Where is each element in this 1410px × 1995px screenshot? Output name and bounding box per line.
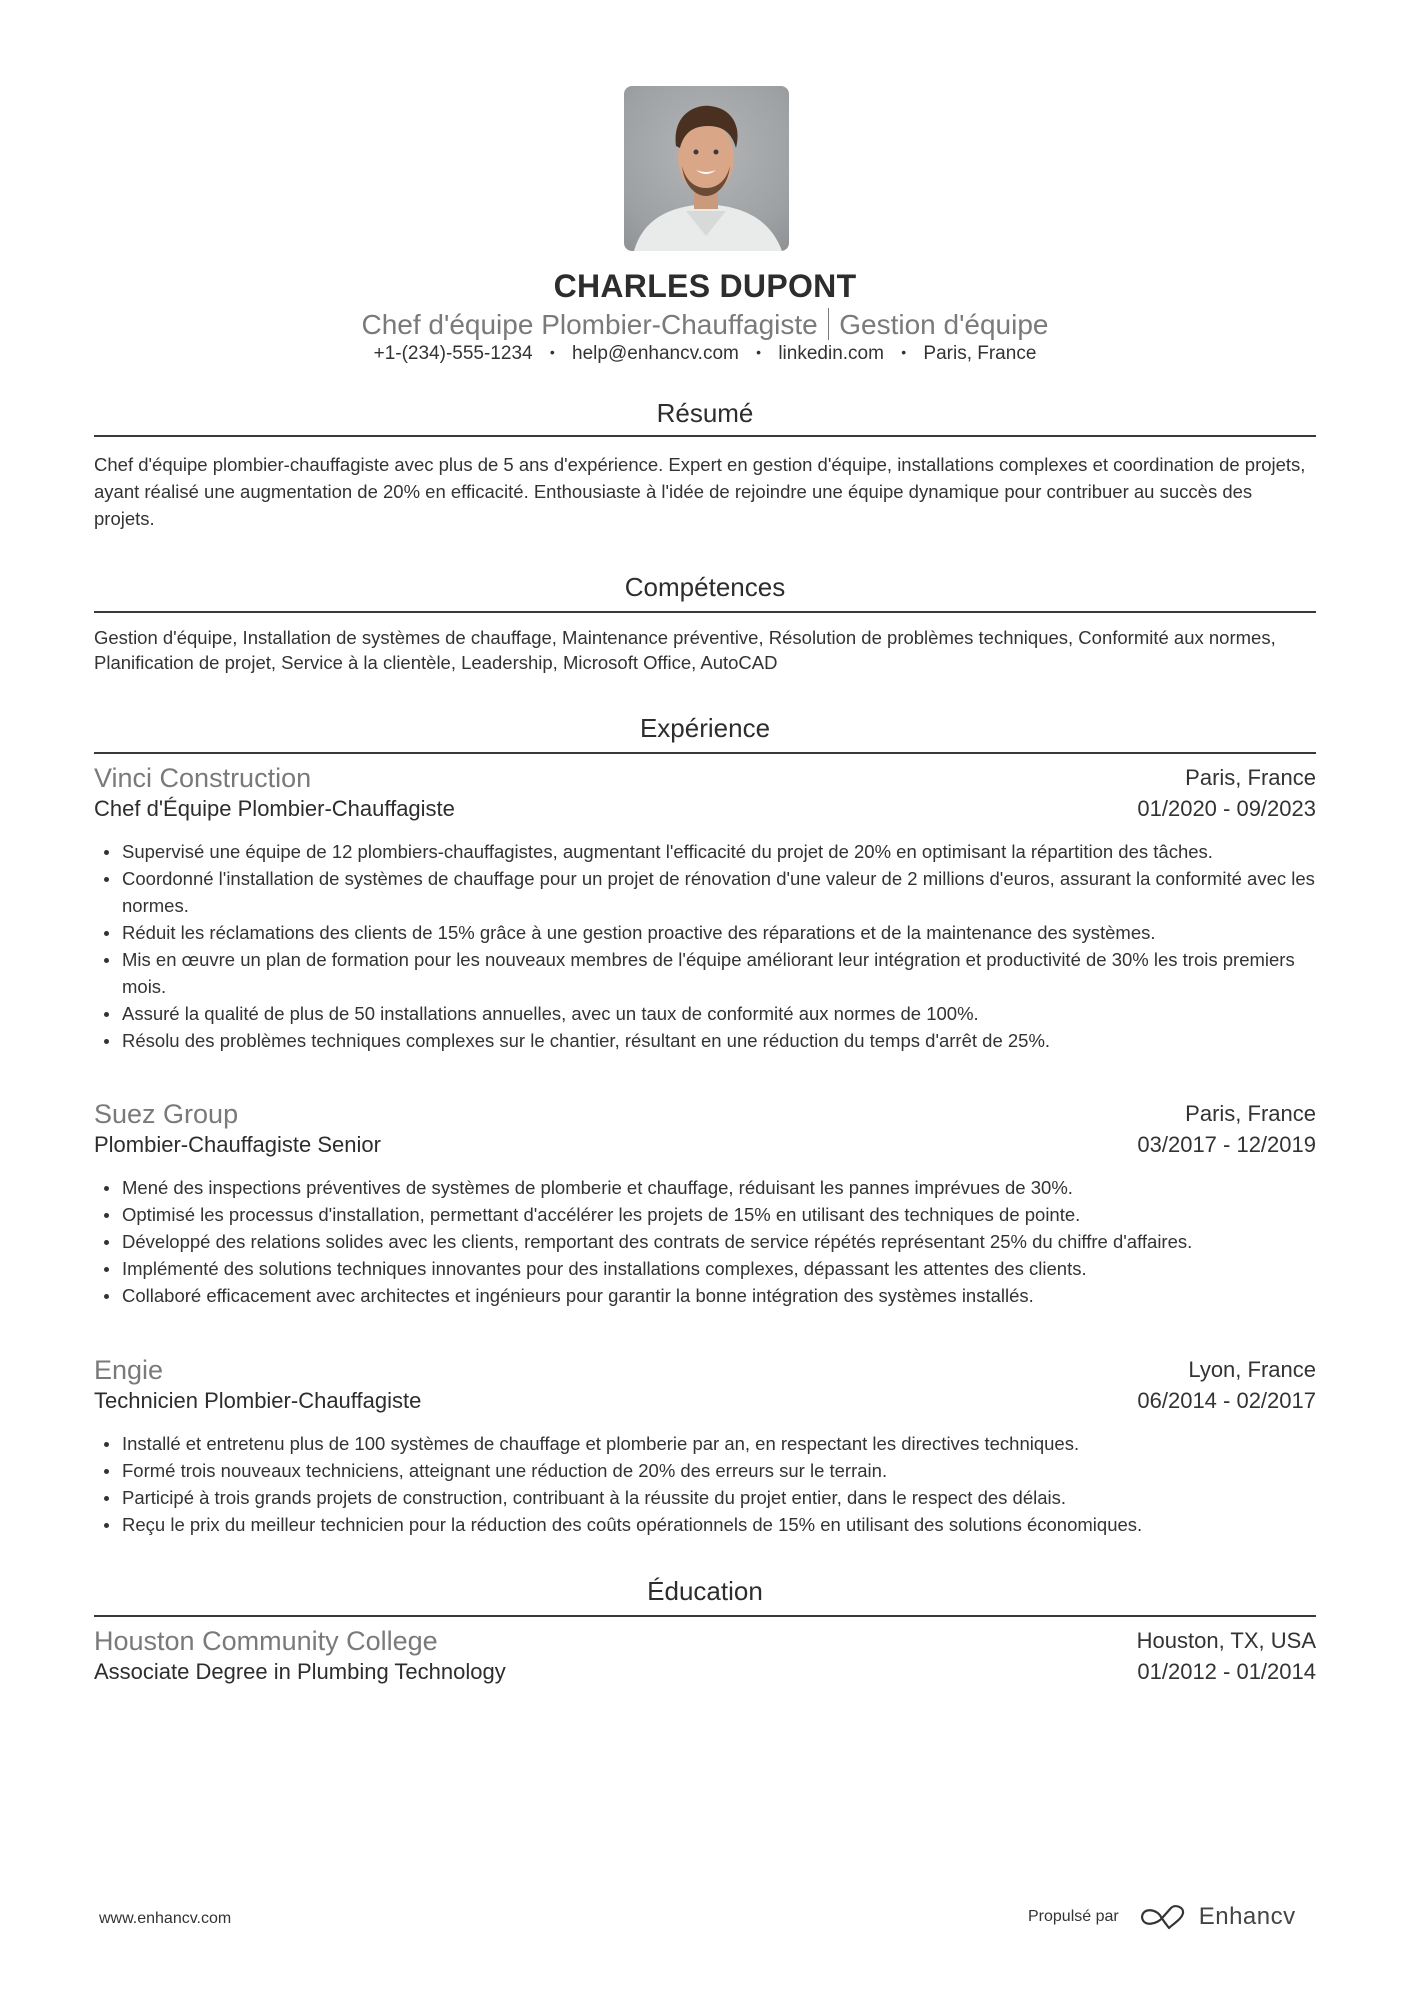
entry-header: Engie Lyon, France <box>94 1355 1316 1388</box>
education-dates: 01/2012 - 01/2014 <box>1137 1659 1316 1685</box>
enhancv-brand[interactable]: Enhancv <box>1199 1903 1296 1931</box>
powered-by-label: Propulsé par <box>1028 1908 1119 1926</box>
section-divider <box>94 752 1316 754</box>
achievement-item: Développé des relations solides avec les… <box>94 1228 1316 1255</box>
achievement-item: Reçu le prix du meilleur technicien pour… <box>94 1511 1316 1538</box>
experience-entry: Engie Lyon, France Technicien Plombier-C… <box>94 1355 1316 1538</box>
achievement-item: Résolu des problèmes techniques complexe… <box>94 1027 1316 1054</box>
achievement-item: Optimisé les processus d'installation, p… <box>94 1201 1316 1228</box>
entry-header: Vinci Construction Paris, France <box>94 763 1316 796</box>
section-title-summary: Résumé <box>94 398 1316 429</box>
education-entry: Houston Community College Houston, TX, U… <box>94 1626 1316 1695</box>
achievement-list: Installé et entretenu plus de 100 systèm… <box>94 1430 1316 1538</box>
achievement-list: Mené des inspections préventives de syst… <box>94 1174 1316 1309</box>
contact-bar: +1-(234)-555-1234 • help@enhancv.com • l… <box>0 343 1410 365</box>
job-location: Paris, France <box>1185 1101 1316 1127</box>
bullet-separator: • <box>756 344 761 360</box>
contact-linkedin[interactable]: linkedin.com <box>778 343 884 364</box>
portrait-illustration <box>624 86 789 251</box>
headline-divider <box>828 308 830 340</box>
job-dates: 03/2017 - 12/2019 <box>1137 1132 1316 1158</box>
experience-entry: Suez Group Paris, France Plombier-Chauff… <box>94 1099 1316 1309</box>
headline-focus: Gestion d'équipe <box>839 309 1048 340</box>
achievement-item: Implémenté des solutions techniques inno… <box>94 1255 1316 1282</box>
job-location: Paris, France <box>1185 765 1316 791</box>
resume-page: CHARLES DUPONT Chef d'équipe Plombier-Ch… <box>0 0 1410 1995</box>
achievement-item: Assuré la qualité de plus de 50 installa… <box>94 1000 1316 1027</box>
footer-website-link[interactable]: www.enhancv.com <box>99 1910 231 1928</box>
school-location: Houston, TX, USA <box>1137 1628 1316 1654</box>
achievement-item: Mis en œuvre un plan de formation pour l… <box>94 946 1316 1000</box>
section-title-experience: Expérience <box>94 713 1316 744</box>
company-name: Engie <box>94 1355 163 1386</box>
achievement-item: Réduit les réclamations des clients de 1… <box>94 919 1316 946</box>
headline-title: Chef d'équipe Plombier-Chauffagiste <box>362 309 818 340</box>
section-divider <box>94 435 1316 437</box>
entry-header: Suez Group Paris, France <box>94 1099 1316 1132</box>
entry-subheader: Associate Degree in Plumbing Technology … <box>94 1659 1316 1695</box>
entry-subheader: Chef d'Équipe Plombier-Chauffagiste 01/2… <box>94 796 1316 832</box>
company-name: Vinci Construction <box>94 763 311 794</box>
achievement-item: Coordonné l'installation de systèmes de … <box>94 865 1316 919</box>
achievement-list: Supervisé une équipe de 12 plombiers-cha… <box>94 838 1316 1054</box>
job-dates: 06/2014 - 02/2017 <box>1137 1388 1316 1414</box>
candidate-name: CHARLES DUPONT <box>0 268 1410 305</box>
experience-entry: Vinci Construction Paris, France Chef d'… <box>94 763 1316 1054</box>
achievement-item: Mené des inspections préventives de syst… <box>94 1174 1316 1201</box>
skills-text: Gestion d'équipe, Installation de systèm… <box>94 625 1316 675</box>
achievement-item: Supervisé une équipe de 12 plombiers-cha… <box>94 838 1316 865</box>
job-dates: 01/2020 - 09/2023 <box>1137 796 1316 822</box>
summary-text: Chef d'équipe plombier-chauffagiste avec… <box>94 451 1316 532</box>
enhancv-logo-icon[interactable] <box>1139 1904 1187 1930</box>
headline: Chef d'équipe Plombier-ChauffagisteGesti… <box>0 308 1410 341</box>
section-title-skills: Compétences <box>94 572 1316 603</box>
section-divider <box>94 1615 1316 1617</box>
achievement-item: Installé et entretenu plus de 100 systèm… <box>94 1430 1316 1457</box>
contact-email[interactable]: help@enhancv.com <box>572 343 739 364</box>
contact-phone[interactable]: +1-(234)-555-1234 <box>374 343 533 364</box>
entry-subheader: Technicien Plombier-Chauffagiste 06/2014… <box>94 1388 1316 1424</box>
section-divider <box>94 611 1316 613</box>
achievement-item: Participé à trois grands projets de cons… <box>94 1484 1316 1511</box>
job-title: Technicien Plombier-Chauffagiste <box>94 1388 421 1414</box>
bullet-separator: • <box>550 344 555 360</box>
degree-title: Associate Degree in Plumbing Technology <box>94 1659 506 1685</box>
powered-by: Propulsé par Enhancv <box>1028 1902 1296 1932</box>
achievement-item: Formé trois nouveaux techniciens, atteig… <box>94 1457 1316 1484</box>
entry-subheader: Plombier-Chauffagiste Senior 03/2017 - 1… <box>94 1132 1316 1168</box>
achievement-item: Collaboré efficacement avec architectes … <box>94 1282 1316 1309</box>
entry-header: Houston Community College Houston, TX, U… <box>94 1626 1316 1659</box>
section-title-education: Éducation <box>94 1576 1316 1607</box>
bullet-separator: • <box>901 344 906 360</box>
job-title: Chef d'Équipe Plombier-Chauffagiste <box>94 796 455 822</box>
profile-photo <box>624 86 789 251</box>
job-location: Lyon, France <box>1188 1357 1316 1383</box>
job-title: Plombier-Chauffagiste Senior <box>94 1132 381 1158</box>
school-name: Houston Community College <box>94 1626 438 1657</box>
company-name: Suez Group <box>94 1099 238 1130</box>
contact-location: Paris, France <box>923 343 1036 364</box>
